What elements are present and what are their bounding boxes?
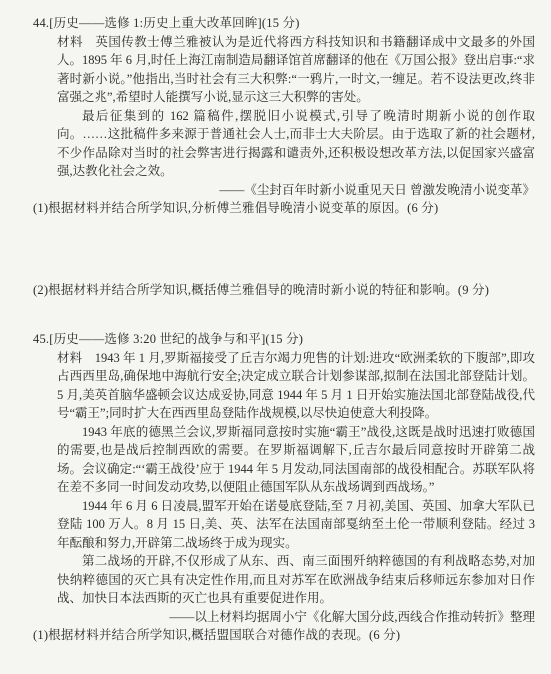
material-paragraph: 材料英国传教士傅兰雅被认为是近代将西方科技知识和书籍翻译成中文最多的外国人。18… [57, 33, 535, 107]
question-44-title: [历史——选修 1:历史上重大改革回眸](15 分) [49, 16, 299, 30]
question-44-material: 材料英国传教士傅兰雅被认为是近代将西方科技知识和书籍翻译成中文最多的外国人。18… [57, 33, 535, 200]
sub-question-1: (1)根据材料并结合所学知识,分析傅兰雅倡导晚清小说变革的原因。(6 分) [33, 199, 535, 218]
question-45-header: 45.[历史——选修 3:20 世纪的战争与和平](15 分) [33, 330, 535, 349]
question-45: 45.[历史——选修 3:20 世纪的战争与和平](15 分) 材料1943 年… [33, 330, 535, 645]
material-label: 材料 [57, 35, 83, 49]
question-44-number: 44. [33, 16, 49, 30]
sub-question-2: (2)根据材料并结合所学知识,概括傅兰雅倡导的晚清时新小说的特征和影响。(9 分… [33, 281, 535, 300]
question-45-number: 45. [33, 332, 49, 346]
question-44: 44.[历史——选修 1:历史上重大改革回眸](15 分) 材料英国传教士傅兰雅… [33, 14, 535, 330]
material-paragraph: 材料1943 年 1 月,罗斯福接受了丘吉尔竭力兜售的计划:进攻“欧洲柔软的下腹… [57, 349, 535, 423]
material-paragraph: 最后征集到的 162 篇稿件,摆脱旧小说模式,引导了晚清时期新小说的创作取向。…… [57, 107, 535, 181]
material-paragraph: 1944 年 6 月 6 日凌晨,盟军开始在诺曼底登陆,至 7 月初,美国、英国… [57, 497, 535, 553]
question-45-material: 材料1943 年 1 月,罗斯福接受了丘吉尔竭力兜售的计划:进攻“欧洲柔软的下腹… [57, 349, 535, 627]
question-44-header: 44.[历史——选修 1:历史上重大改革回眸](15 分) [33, 14, 535, 33]
material-paragraph-text: 1943 年 1 月,罗斯福接受了丘吉尔竭力兜售的计划:进攻“欧洲柔软的下腹部”… [57, 351, 535, 421]
answer-space [33, 218, 535, 281]
material-attribution: ——以上材料均据周小宁《化解大国分歧,西线合作推动转折》整理 [57, 608, 535, 627]
exam-page: 44.[历史——选修 1:历史上重大改革回眸](15 分) 材料英国传教士傅兰雅… [0, 0, 551, 674]
sub-question-1: (1)根据材料并结合所学知识,概括盟国联合对德作战的表现。(6 分) [33, 626, 535, 645]
material-paragraph: 第二战场的开辟,不仅形成了从东、西、南三面围歼纳粹德国的有利战略态势,对加快纳粹… [57, 552, 535, 608]
material-paragraph: 1943 年底的德黑兰会议,罗斯福同意按时实施“霸王”战役,这既是战时迅速打败德… [57, 423, 535, 497]
material-attribution: ——《尘封百年时新小说重见天日 曾激发晚清小说变革》 [57, 181, 535, 200]
material-paragraph-text: 英国传教士傅兰雅被认为是近代将西方科技知识和书籍翻译成中文最多的外国人。1895… [57, 35, 535, 105]
question-45-title: [历史——选修 3:20 世纪的战争与和平](15 分) [49, 332, 303, 346]
material-label: 材料 [57, 351, 82, 365]
answer-space [33, 299, 535, 330]
